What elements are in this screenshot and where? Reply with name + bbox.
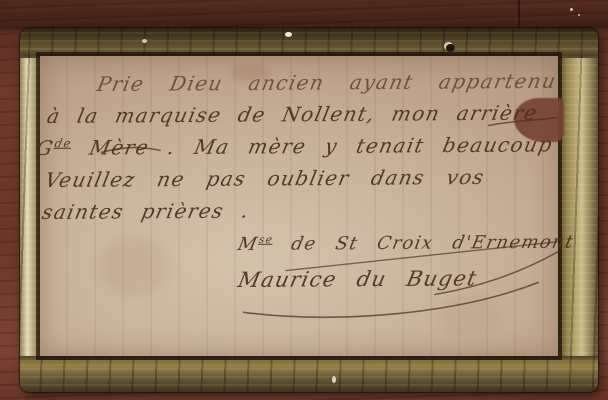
note-line-5: saintes prières . <box>40 199 252 224</box>
note-line-3: Gde Mère . Ma mère y tenait beaucoup <box>34 132 555 160</box>
wood-speck <box>570 8 573 11</box>
note-line-4: Veuillez ne pas oublier dans vos <box>43 165 487 192</box>
frame-paint-chip <box>332 376 336 383</box>
gilt-frame: Prie Dieu ancien ayant appartenu à la ma… <box>20 28 598 392</box>
attribution-line: Mse de St Croix d'Ernemont <box>236 232 576 255</box>
note-line-1: Prie Dieu ancien ayant appartenu <box>95 69 559 96</box>
signature: Maurice du Buget <box>236 266 480 292</box>
wood-speck <box>578 14 580 16</box>
nail-hole <box>446 44 455 52</box>
wood-seam <box>518 0 520 30</box>
note-line-3-rest: Mère . Ma mère y tenait beaucoup <box>69 132 556 159</box>
note-line-2: à la marquise de Nollent, mon arrière <box>45 101 540 128</box>
note-paper: Prie Dieu ancien ayant appartenu à la ma… <box>40 56 558 356</box>
attribution-prefix: M <box>236 234 260 255</box>
attribution-rest: de St Croix d'Ernemont <box>270 232 576 255</box>
photo-framed-handwritten-note: Prie Dieu ancien ayant appartenu à la ma… <box>0 0 608 400</box>
frame-paint-chip <box>142 39 147 43</box>
frame-paint-chip <box>285 32 292 37</box>
